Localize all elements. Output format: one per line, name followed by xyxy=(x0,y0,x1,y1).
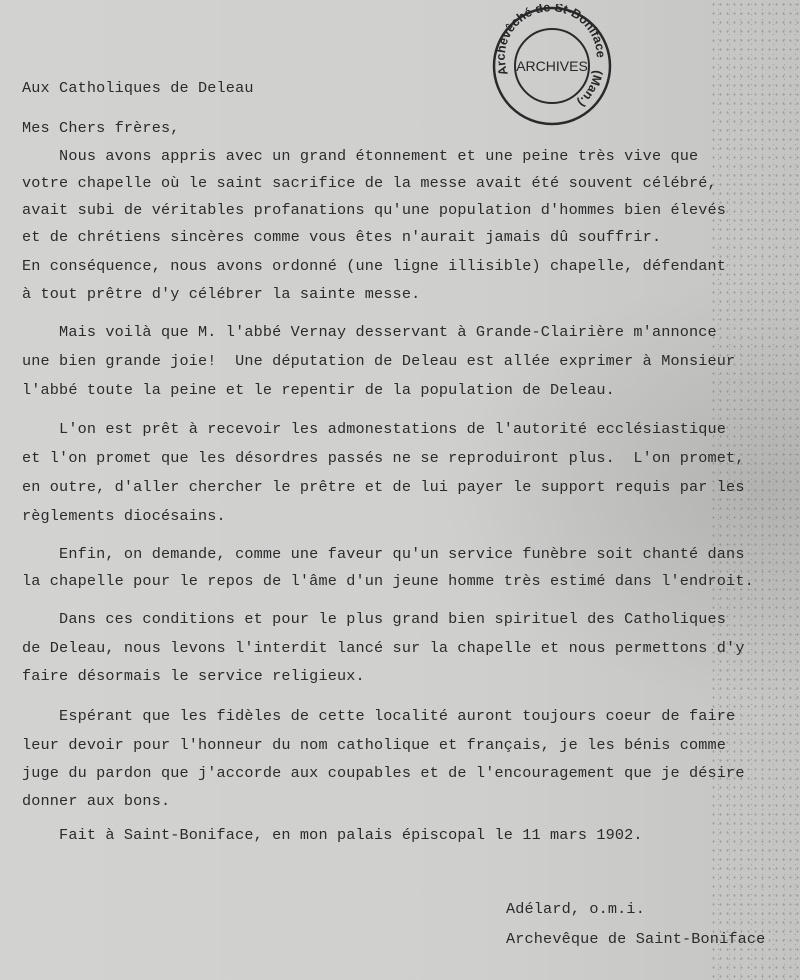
stamp-center-text: ARCHIVES xyxy=(516,58,588,74)
paragraph-line: et l'on promet que les désordres passés … xyxy=(22,448,745,468)
paragraph-line: la chapelle pour le repos de l'âme d'un … xyxy=(22,571,754,591)
letter-salutation: Mes Chers frères, xyxy=(22,118,180,138)
paragraph-line: de Deleau, nous levons l'interdit lancé … xyxy=(22,638,745,658)
paragraph-line: Dans ces conditions et pour le plus gran… xyxy=(22,609,726,629)
scanned-letter-page: Archevêché de St-Boniface (Man.) ARCHIVE… xyxy=(0,0,800,980)
paragraph-line: Nous avons appris avec un grand étonneme… xyxy=(22,146,698,166)
paragraph-line: leur devoir pour l'honneur du nom cathol… xyxy=(22,735,726,755)
archives-stamp: Archevêché de St-Boniface (Man.) ARCHIVE… xyxy=(490,4,614,128)
paragraph-line: juge du pardon que j'accorde aux coupabl… xyxy=(22,763,745,783)
signature-title: Archevêque de Saint-Boniface xyxy=(506,929,765,949)
paragraph-line: et de chrétiens sincères comme vous êtes… xyxy=(22,227,661,247)
paragraph-line: règlements diocésains. xyxy=(22,506,226,526)
paragraph-line: en outre, d'aller chercher le prêtre et … xyxy=(22,477,745,497)
paragraph-line: faire désormais le service religieux. xyxy=(22,666,365,686)
paragraph-line: Enfin, on demande, comme une faveur qu'u… xyxy=(22,544,745,564)
paragraph-line: L'on est prêt à recevoir les admonestati… xyxy=(22,419,726,439)
paragraph-line: votre chapelle où le saint sacrifice de … xyxy=(22,173,717,193)
paragraph-line: Mais voilà que M. l'abbé Vernay desserva… xyxy=(22,322,717,342)
paragraph-line: Espérant que les fidèles de cette locali… xyxy=(22,706,735,726)
paragraph-line: une bien grande joie! Une députation de … xyxy=(22,351,735,371)
paragraph-line: à tout prêtre d'y célébrer la sainte mes… xyxy=(22,284,420,304)
paragraph-line: donner aux bons. xyxy=(22,791,170,811)
letter-closing-date: Fait à Saint-Boniface, en mon palais épi… xyxy=(22,825,643,845)
archives-stamp-icon: Archevêché de St-Boniface (Man.) ARCHIVE… xyxy=(490,4,614,128)
paragraph-line: avait subi de véritables profanations qu… xyxy=(22,200,726,220)
letter-address: Aux Catholiques de Deleau xyxy=(22,78,254,98)
signature-name: Adélard, o.m.i. xyxy=(506,899,645,919)
paragraph-line: l'abbé toute la peine et le repentir de … xyxy=(22,380,615,400)
paragraph-line: En conséquence, nous avons ordonné (une … xyxy=(22,256,726,276)
